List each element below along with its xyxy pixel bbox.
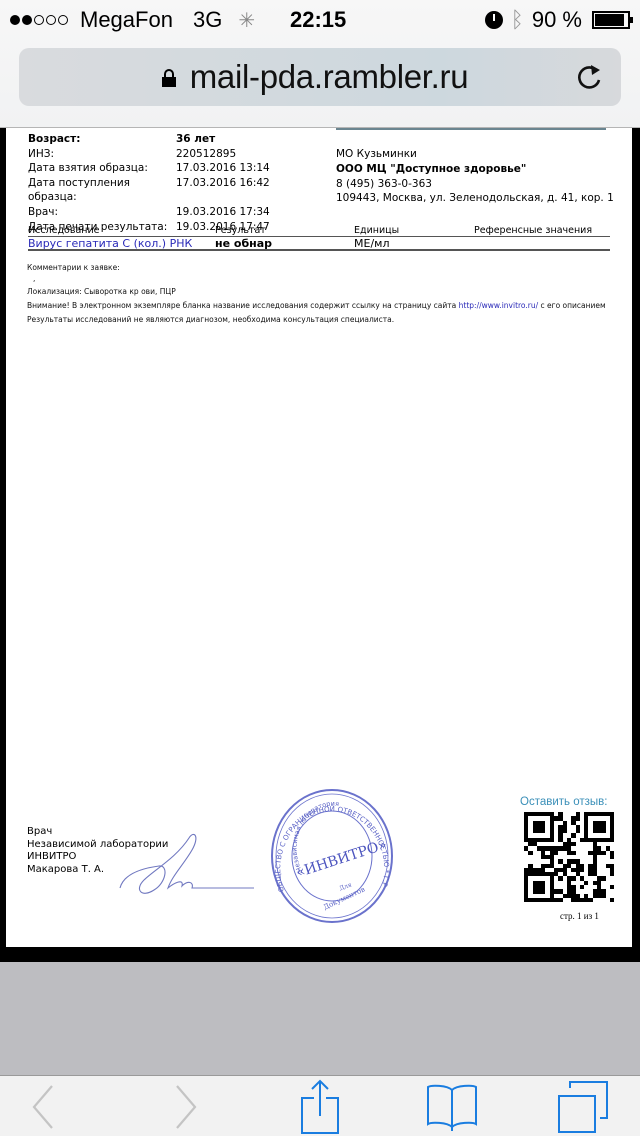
info-row: Врач:19.03.2016 17:34	[28, 205, 270, 220]
info-label: ИНЗ:	[28, 147, 176, 162]
stamp-outer-text: ОБЩЕСТВО С ОГРАНИЧЕННОЙ ОТВЕТСТВЕННОСТЬЮ…	[264, 781, 390, 893]
info-row: Возраст:36 лет	[28, 132, 270, 147]
feedback-block: Оставить отзыв:	[520, 796, 620, 902]
comments-label: Комментарии к заявке:	[27, 261, 606, 275]
share-icon	[300, 1078, 340, 1136]
page-top-divider	[336, 128, 606, 130]
browser-chrome: MegaFon 3G ✳ 22:15 ᛒ 90 % mail-pda.rambl…	[0, 0, 640, 128]
results-table: Исследование Результат Единицы Референсн…	[28, 226, 610, 251]
stamp-center-text: «ИНВИТРО»	[294, 837, 389, 881]
invitro-link[interactable]: http://www.invitro.ru/	[459, 301, 539, 310]
col-reference: Референсные значения	[474, 226, 610, 236]
info-value: 17.03.2016 16:42	[176, 176, 270, 205]
back-button[interactable]	[3, 1076, 83, 1136]
bluetooth-icon: ᛒ	[511, 7, 524, 33]
clock: 22:15	[290, 7, 346, 33]
lab-branch: МО Кузьминки	[336, 147, 614, 162]
result-value: не обнар	[215, 237, 354, 249]
results-header: Исследование Результат Единицы Референсн…	[28, 226, 610, 237]
feedback-label: Оставить отзыв:	[520, 796, 620, 808]
info-label: Дата поступления образца:	[28, 176, 176, 205]
col-units: Единицы	[354, 226, 474, 236]
activity-spinner-icon: ✳	[238, 8, 255, 33]
page-number: стр. 1 из 1	[560, 911, 599, 921]
chevron-right-icon	[173, 1084, 199, 1130]
url-text[interactable]: mail-pda.rambler.ru	[190, 58, 469, 96]
svg-text:ОБЩЕСТВО С ОГРАНИЧЕННОЙ ОТВЕТС: ОБЩЕСТВО С ОГРАНИЧЕННОЙ ОТВЕТСТВЕННОСТЬЮ…	[264, 781, 390, 893]
reload-icon[interactable]	[575, 62, 605, 92]
study-link[interactable]: Вирус гепатита С (кол.) РНК	[28, 237, 215, 249]
battery-percent: 90 %	[532, 7, 582, 33]
units-value: МЕ/мл	[354, 237, 474, 249]
info-value: 17.03.2016 13:14	[176, 161, 270, 176]
info-label: Дата взятия образца:	[28, 161, 176, 176]
bookmarks-button[interactable]	[412, 1076, 492, 1136]
lab-phone: 8 (495) 363-0-363	[336, 177, 614, 192]
notice-text: Внимание! В электронном экземпляре бланк…	[27, 301, 459, 310]
address-bar[interactable]: mail-pda.rambler.ru	[19, 48, 621, 106]
notes: Комментарии к заявке: , Локализация: Сыв…	[27, 261, 606, 327]
patient-info: Возраст:36 летИНЗ:220512895Дата взятия о…	[28, 132, 270, 234]
info-value: 220512895	[176, 147, 236, 162]
network-type: 3G	[193, 7, 222, 33]
alarm-icon	[485, 11, 503, 29]
handwritten-signature	[114, 828, 264, 903]
col-study: Исследование	[28, 226, 215, 236]
document-viewer[interactable]: Возраст:36 летИНЗ:220512895Дата взятия о…	[0, 128, 640, 962]
notice-suffix: с его описанием	[538, 301, 606, 310]
lock-icon	[162, 69, 176, 86]
comment-text: ,	[27, 275, 606, 285]
share-button[interactable]	[280, 1076, 360, 1136]
official-stamp: ОБЩЕСТВО С ОГРАНИЧЕННОЙ ОТВЕТСТВЕННОСТЬЮ…	[264, 781, 404, 931]
info-value: 36 лет	[176, 132, 215, 147]
table-row: Вирус гепатита С (кол.) РНК не обнар МЕ/…	[28, 237, 610, 251]
info-label: Врач:	[28, 205, 176, 220]
info-value: 19.03.2016 17:34	[176, 205, 270, 220]
localization: Локализация: Сыворотка кр ови, ПЦР	[27, 285, 606, 299]
tabs-button[interactable]	[543, 1076, 623, 1136]
book-icon	[425, 1082, 479, 1132]
qr-code[interactable]	[524, 812, 620, 902]
status-bar: MegaFon 3G ✳ 22:15 ᛒ 90 %	[0, 0, 640, 40]
browser-toolbar	[0, 1075, 640, 1136]
info-row: Дата поступления образца:17.03.2016 16:4…	[28, 176, 270, 205]
reference-value	[474, 237, 610, 249]
notice: Внимание! В электронном экземпляре бланк…	[27, 299, 606, 313]
battery-icon	[592, 11, 630, 29]
info-row: Дата взятия образца:17.03.2016 13:14	[28, 161, 270, 176]
info-row: ИНЗ:220512895	[28, 147, 270, 162]
lab-info: МО Кузьминки ООО МЦ "Доступное здоровье"…	[336, 147, 614, 206]
tabs-icon	[557, 1080, 609, 1134]
info-label: Возраст:	[28, 132, 176, 147]
forward-button[interactable]	[146, 1076, 226, 1136]
page-background	[0, 962, 640, 1075]
chevron-left-icon	[30, 1084, 56, 1130]
signal-strength-icon	[10, 15, 68, 25]
disclaimer: Результаты исследований не являются диаг…	[27, 313, 606, 327]
lab-name: ООО МЦ "Доступное здоровье"	[336, 162, 614, 177]
lab-address: 109443, Москва, ул. Зеленодольская, д. 4…	[336, 191, 614, 206]
col-result: Результат	[215, 226, 354, 236]
carrier-name: MegaFon	[80, 7, 173, 33]
document-page: Возраст:36 летИНЗ:220512895Дата взятия о…	[6, 128, 632, 947]
